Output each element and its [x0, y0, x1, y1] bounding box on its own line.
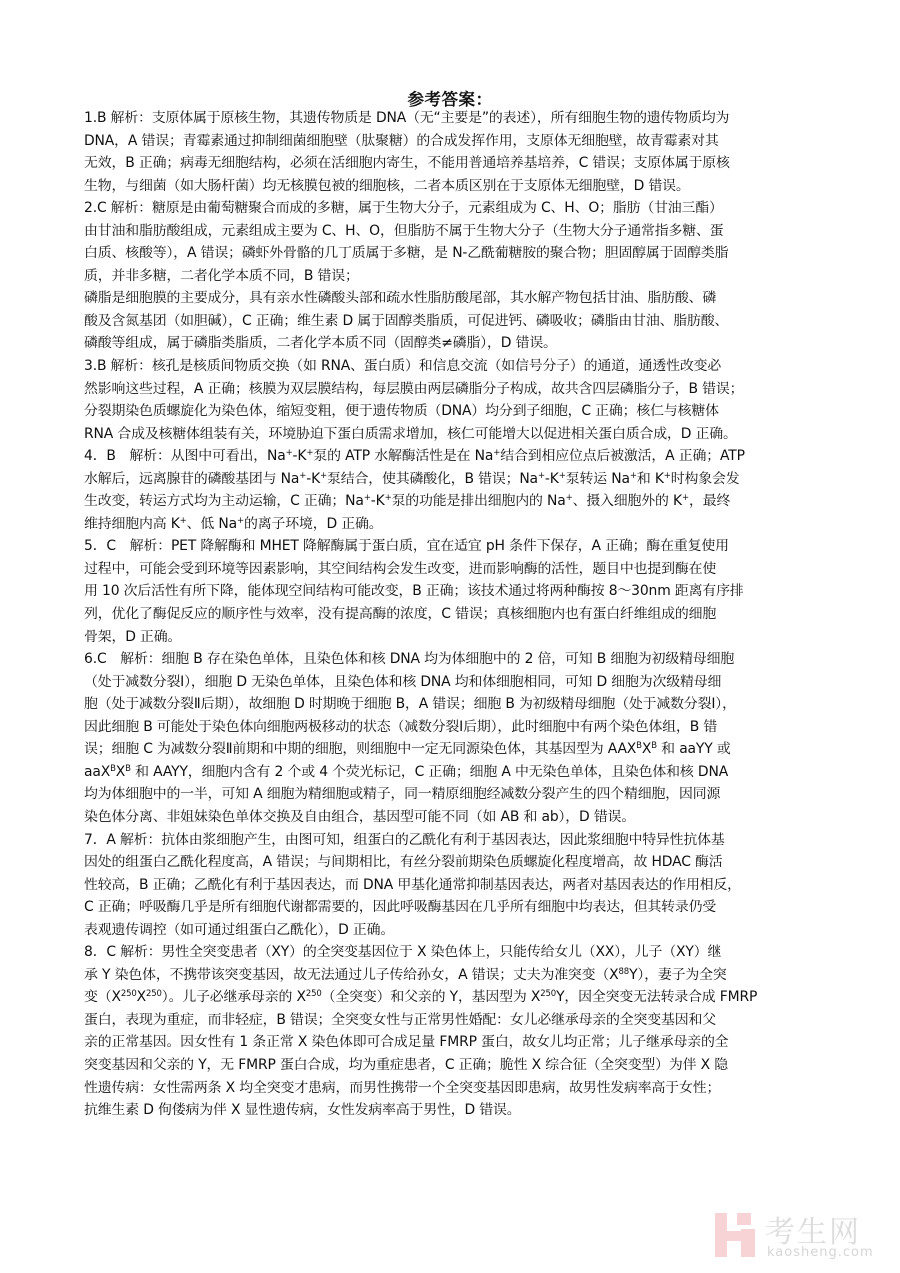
answer-line: 水解后，远离腺苷的磷酸基团与 Na+-K+泵结合，使其磷酸化，B 错误；Na+-…: [84, 468, 864, 491]
answer-line: 因此细胞 B 可能处于染色体向细胞两极移动的状态（减数分裂Ⅰ后期），此时细胞中有…: [84, 716, 864, 739]
answer-line: 酸及含氮基团（如胆碱），C 正确；维生素 D 属于固醇类脂质，可促进钙、磷吸收；…: [84, 310, 864, 333]
answer-line: 用 10 次后活性有所下降，能体现空间结构可能改变，B 正确；该技术通过将两种酶…: [84, 580, 864, 603]
answer-item-7: 7．A 解析：抗体由浆细胞产生，由图可知，组蛋白的乙酰化有利于基因表达，因此浆细…: [84, 829, 864, 942]
answer-line: 8．C 解析：男性全突变患者（XY）的全突变基因位于 X 染色体上，只能传给女儿…: [84, 941, 864, 964]
answer-line: 亲的正常基因。因女性有 1 条正常 X 染色体即可合成足量 FMRP 蛋白，故女…: [84, 1031, 864, 1054]
answer-line: 4．B 解析：从图中可看出，Na+-K+泵的 ATP 水解酶活性是在 Na+结合…: [84, 445, 864, 468]
answer-line: 生改变，转运方式均为主动运输，C 正确；Na+-K+泵的功能是排出细胞内的 Na…: [84, 490, 864, 513]
answer-line: 骨架，D 正确。: [84, 626, 864, 649]
answer-line: 磷酸等组成，属于磷脂类脂质，二者化学本质不同（固醇类≠磷脂），D 错误。: [84, 332, 864, 355]
answer-line: 2.C 解析：糖原是由葡萄糖聚合而成的多糖，属于生物大分子，元素组成为 C、H、…: [84, 197, 864, 220]
answer-line: 染色体分离、非姐妹染色单体交换及自由组合，基因型可能不同（如 AB 和 ab），…: [84, 806, 864, 829]
answer-line: 均为体细胞中的一半，可知 A 细胞为精细胞或精子，同一精原细胞经减数分裂产生的四…: [84, 783, 864, 806]
answer-line: DNA，A 错误；青霉素通过抑制细菌细胞壁（肽聚糖）的合成发挥作用，支原体无细胞…: [84, 130, 864, 153]
answer-line: 抗维生素 D 佝偻病为伴 X 显性遗传病，女性发病率高于男性，D 错误。: [84, 1099, 864, 1122]
answer-line: 性较高，B 正确；乙酰化有利于基因表达，而 DNA 甲基化通常抑制基因表达，两者…: [84, 874, 864, 897]
answer-line: 承 Y 染色体，不携带该突变基因，故无法通过儿子传给孙女，A 错误；丈夫为准突变…: [84, 964, 864, 987]
answer-line: 列，优化了酶促反应的顺序性与效率，没有提高酶的浓度，C 错误；真核细胞内也有蛋白…: [84, 603, 864, 626]
answer-line: 分裂期染色质螺旋化为染色体，缩短变粗，便于遗传物质（DNA）均分到子细胞，C 正…: [84, 400, 864, 423]
answer-line: 质，并非多糖，二者化学本质不同，B 错误；: [84, 265, 864, 288]
kaosheng-logo-icon: [715, 1213, 755, 1257]
answer-line: 由甘油和脂肪酸组成，元素组成主要为 C、H、O，但脂肪不属于生物大分子（生物大分…: [84, 220, 864, 243]
answer-item-4: 4．B 解析：从图中可看出，Na+-K+泵的 ATP 水解酶活性是在 Na+结合…: [84, 445, 864, 535]
answer-line: 误；细胞 C 为减数分裂Ⅱ前期和中期的细胞，则细胞中一定无同源染色体，其基因型为…: [84, 738, 864, 761]
answer-line: 生物，与细菌（如大肠杆菌）均无核膜包被的细胞核，二者本质区别在于支原体无细胞壁，…: [84, 175, 864, 198]
answer-line: 1.B 解析：支原体属于原核生物，其遗传物质是 DNA（无“主要是”的表述），所…: [84, 107, 864, 130]
answer-line: 维持细胞内高 K+、低 Na+的离子环境，D 正确。: [84, 513, 864, 536]
answer-line: 蛋白，表现为重症，而非轻症，B 错误；全突变女性与正常男性婚配：女儿必继承母亲的…: [84, 1009, 864, 1032]
answer-line: 然影响这些过程，A 正确；核膜为双层膜结构，每层膜由两层磷脂分子构成，故共含四层…: [84, 378, 864, 401]
answer-line: 白质、核酸等），A 错误；磷虾外骨骼的几丁质属于多糖，是 N-乙酰葡糖胺的聚合物…: [84, 242, 864, 265]
answer-item-6: 6.C 解析：细胞 B 存在染色单体，且染色体和核 DNA 均为体细胞中的 2 …: [84, 648, 864, 828]
answer-line: 6.C 解析：细胞 B 存在染色单体，且染色体和核 DNA 均为体细胞中的 2 …: [84, 648, 864, 671]
answer-line: （处于减数分裂Ⅰ），细胞 D 无染色单体，且染色体和核 DNA 均和体细胞相同，…: [84, 671, 864, 694]
answer-line: 磷脂是细胞膜的主要成分，具有亲水性磷酸头部和疏水性脂肪酸尾部，其水解产物包括甘油…: [84, 287, 864, 310]
answer-line: C 正确；呼吸酶几乎是所有细胞代谢都需要的，因此呼吸酶基因在几乎所有细胞中均表达…: [84, 896, 864, 919]
answer-line: 变（X250X250）。儿子必继承母亲的 X250（全突变）和父亲的 Y，基因型…: [84, 986, 864, 1009]
watermark: 考生网 kaosheng.com: [715, 1205, 895, 1265]
answer-line: 过程中，可能会受到环境等因素影响，其空间结构会发生改变，进而影响酶的活性，题目中…: [84, 558, 864, 581]
answer-line: 因处的组蛋白乙酰化程度高，A 错误；与间期相比，有丝分裂前期染色质螺旋化程度增高…: [84, 851, 864, 874]
answer-item-5: 5．C 解析：PET 降解酶和 MHET 降解酶属于蛋白质，宜在适宜 pH 条件…: [84, 535, 864, 648]
answer-line: 表观遗传调控（如可通过组蛋白乙酰化），D 正确。: [84, 919, 864, 942]
watermark-url-text: kaosheng.com: [767, 1245, 874, 1260]
answer-line: aaXBXB 和 AAYY，细胞内含有 2 个或 4 个荧光标记，C 正确；细胞…: [84, 761, 864, 784]
answer-line: 性遗传病：女性需两条 X 均全突变才患病，而男性携带一个全突变基因即患病，故男性…: [84, 1077, 864, 1100]
answer-item-8: 8．C 解析：男性全突变患者（XY）的全突变基因位于 X 染色体上，只能传给女儿…: [84, 941, 864, 1121]
answer-line: 5．C 解析：PET 降解酶和 MHET 降解酶属于蛋白质，宜在适宜 pH 条件…: [84, 535, 864, 558]
answer-line: 7．A 解析：抗体由浆细胞产生，由图可知，组蛋白的乙酰化有利于基因表达，因此浆细…: [84, 829, 864, 852]
answer-list: 1.B 解析：支原体属于原核生物，其遗传物质是 DNA（无“主要是”的表述），所…: [84, 107, 864, 1122]
answer-line: RNA 合成及核糖体组装有关，环境胁迫下蛋白质需求增加，核仁可能增大以促进相关蛋…: [84, 423, 864, 446]
answer-line: 突变基因和父亲的 Y，无 FMRP 蛋白合成，均为重症患者，C 正确；脆性 X …: [84, 1054, 864, 1077]
answer-line: 无效，B 正确；病毒无细胞结构，必须在活细胞内寄生，不能用普通培养基培养，C 错…: [84, 152, 864, 175]
answer-item-3: 3.B 解析：核孔是核质间物质交换（如 RNA、蛋白质）和信息交流（如信号分子）…: [84, 355, 864, 445]
answer-item-1: 1.B 解析：支原体属于原核生物，其遗传物质是 DNA（无“主要是”的表述），所…: [84, 107, 864, 197]
answer-line: 3.B 解析：核孔是核质间物质交换（如 RNA、蛋白质）和信息交流（如信号分子）…: [84, 355, 864, 378]
answer-line: 胞（处于减数分裂Ⅱ后期），故细胞 D 时期晚于细胞 B，A 错误；细胞 B 为初…: [84, 693, 864, 716]
answer-item-2: 2.C 解析：糖原是由葡萄糖聚合而成的多糖，属于生物大分子，元素组成为 C、H、…: [84, 197, 864, 355]
